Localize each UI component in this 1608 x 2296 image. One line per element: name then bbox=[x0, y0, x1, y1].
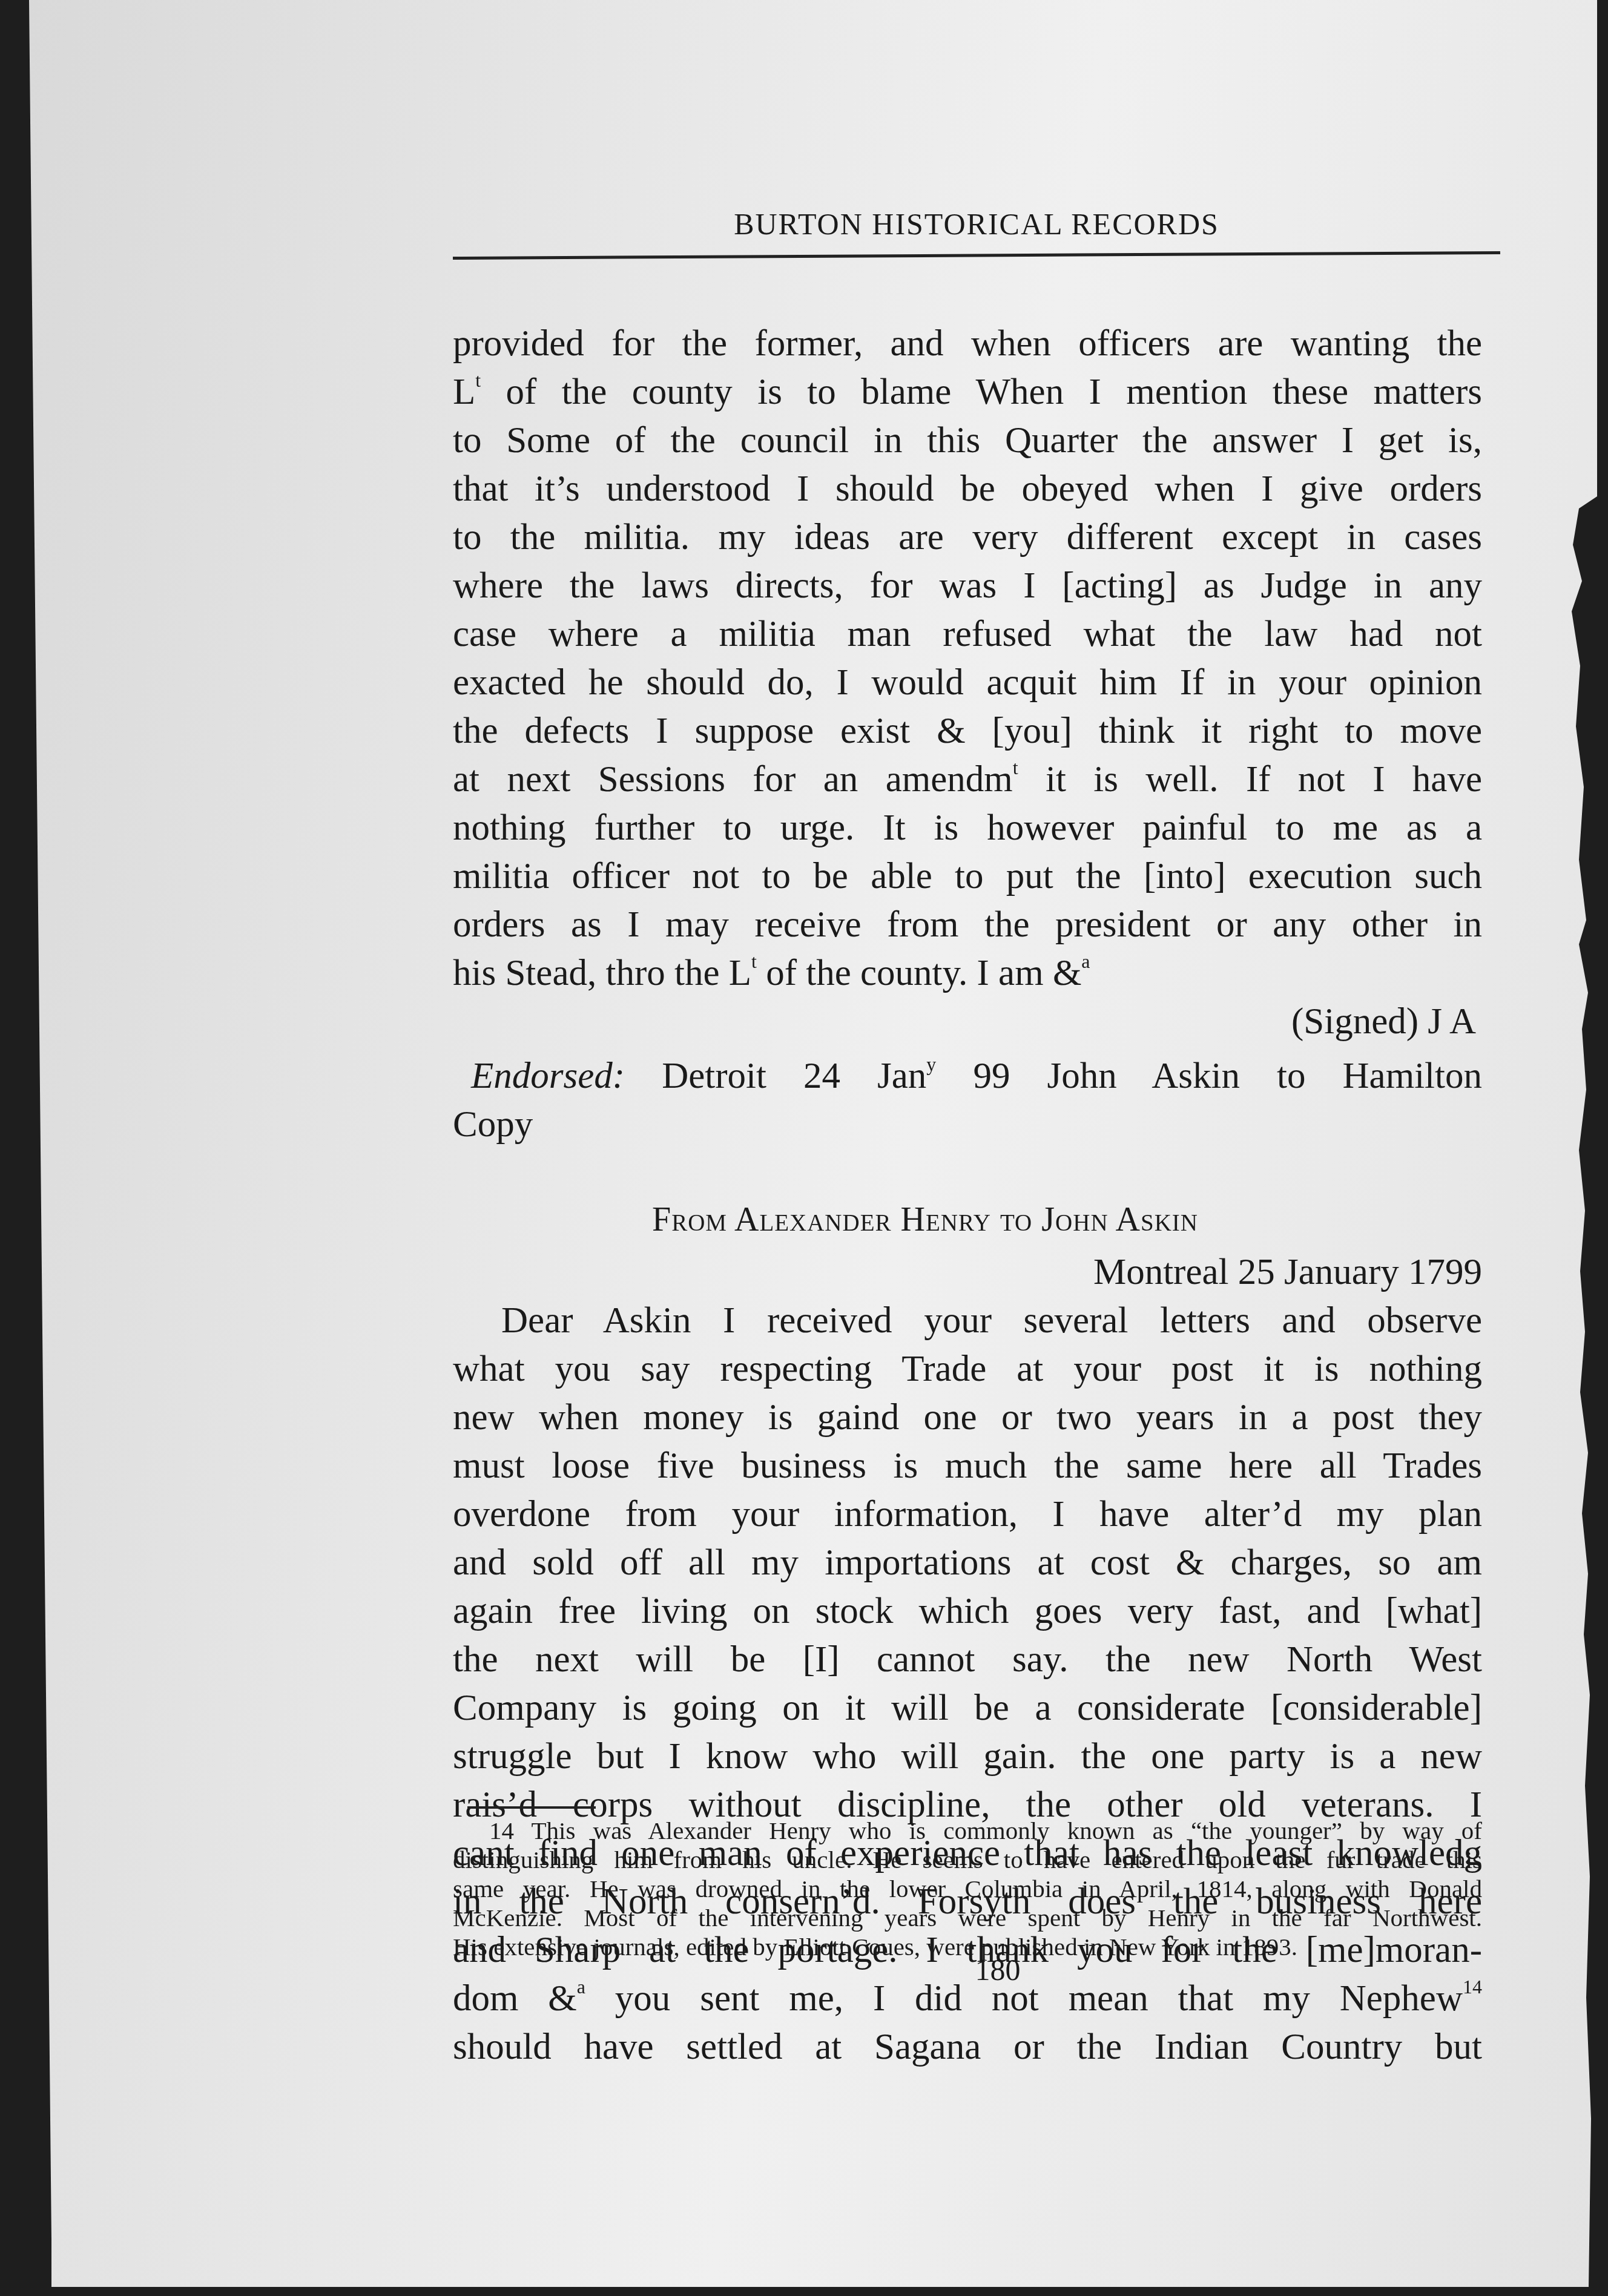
text-line: Dear Askin I received your several lette… bbox=[501, 1297, 1482, 1345]
superscript: a bbox=[577, 1976, 585, 1998]
footnote-rule bbox=[467, 1806, 596, 1809]
text-line: nothing further to urge. It is however p… bbox=[453, 804, 1482, 852]
copy-note: Copy bbox=[453, 1100, 1482, 1149]
text-segment: of the county is to blame When I mention… bbox=[481, 372, 1482, 412]
text-line: and sold off all my importations at cost… bbox=[453, 1539, 1482, 1587]
endorsement-label: Endorsed: bbox=[471, 1056, 625, 1096]
text-line: his Stead, thro the Lt of the county. I … bbox=[453, 949, 1482, 998]
text-line: case where a militia man refused what th… bbox=[453, 610, 1482, 659]
text-segment: Detroit 24 Jan bbox=[625, 1056, 926, 1096]
header-rule bbox=[453, 251, 1500, 260]
heading-from: From bbox=[652, 1201, 734, 1238]
heading-recipient: John Askin bbox=[1041, 1201, 1198, 1238]
text-line: must loose five business is much the sam… bbox=[453, 1442, 1482, 1490]
dateline: Montreal 25 January 1799 bbox=[453, 1248, 1482, 1297]
text-line: to the militia. my ideas are very differ… bbox=[453, 513, 1482, 562]
text-line: Lt of the county is to blame When I ment… bbox=[453, 368, 1482, 416]
endorsement: Endorsed: Detroit 24 Jany 99 John Askin … bbox=[471, 1052, 1482, 1100]
signature: (Signed) J A bbox=[453, 998, 1476, 1046]
text-line: to Some of the council in this Quarter t… bbox=[453, 416, 1482, 465]
footnote-line: 14 This was Alexander Henry who is commo… bbox=[489, 1816, 1482, 1845]
text-segment: dom & bbox=[453, 1978, 577, 2019]
footnote-line: same year. He was drowned in the lower C… bbox=[453, 1874, 1482, 1903]
superscript: t bbox=[475, 369, 481, 391]
text-line: that it’s understood I should be obeyed … bbox=[453, 465, 1482, 513]
superscript: t bbox=[1013, 757, 1018, 778]
text-line: orders as I may receive from the preside… bbox=[453, 901, 1482, 949]
footnote-text: This was Alexander Henry who is commonly… bbox=[531, 1817, 1482, 1844]
text-line: Company is going on it will be a conside… bbox=[453, 1684, 1482, 1732]
text-line: overdone from your information, I have a… bbox=[453, 1490, 1482, 1539]
text-line: militia officer not to be able to put th… bbox=[453, 852, 1482, 901]
text-segment: it is well. If not I have bbox=[1018, 759, 1482, 800]
text-segment: 99 John Askin to Hamilton bbox=[936, 1056, 1482, 1096]
heading-to: to bbox=[991, 1201, 1041, 1238]
footnote-number: 14 bbox=[489, 1817, 514, 1844]
running-head: BURTON HISTORICAL RECORDS bbox=[453, 206, 1500, 242]
text-segment: at next Sessions for an amendm bbox=[453, 759, 1013, 800]
footnote-line: distinguishing him from his uncle. He se… bbox=[453, 1845, 1482, 1874]
footnote-line: McKenzie. Most of the intervening years … bbox=[453, 1903, 1482, 1932]
superscript: a bbox=[1081, 950, 1090, 972]
text-line: should have settled at Sagana or the Ind… bbox=[453, 2023, 1482, 2071]
text-line: exacted he should do, I would acquit him… bbox=[453, 659, 1482, 707]
superscript: y bbox=[926, 1053, 936, 1075]
text-line: new when money is gaind one or two years… bbox=[453, 1393, 1482, 1442]
text-line: the defects I suppose exist & [you] thin… bbox=[453, 707, 1482, 755]
text-line: struggle but I know who will gain. the o… bbox=[453, 1732, 1482, 1781]
book-page: BURTON HISTORICAL RECORDS provided for t… bbox=[29, 0, 1597, 2287]
text-line: the next will be [I] cannot say. the new… bbox=[453, 1636, 1482, 1684]
text-line: what you say respecting Trade at your po… bbox=[453, 1345, 1482, 1393]
text-segment: of the county. I am & bbox=[757, 953, 1081, 993]
text-segment: his Stead, thro the L bbox=[453, 953, 751, 993]
page-number: 180 bbox=[877, 1952, 1119, 1987]
heading-sender: Alexander Henry bbox=[734, 1201, 991, 1238]
superscript: t bbox=[751, 950, 757, 972]
text-line: where the laws directs, for was I [actin… bbox=[453, 562, 1482, 610]
footnote-ref-14: 14 bbox=[1463, 1976, 1482, 1998]
letter-heading: From Alexander Henry to John Askin bbox=[453, 1196, 1397, 1244]
text-line: at next Sessions for an amendmt it is we… bbox=[453, 755, 1482, 804]
text-line: provided for the former, and when office… bbox=[453, 320, 1482, 368]
text-line: again free living on stock which goes ve… bbox=[453, 1587, 1482, 1636]
text-segment: L bbox=[453, 372, 475, 412]
